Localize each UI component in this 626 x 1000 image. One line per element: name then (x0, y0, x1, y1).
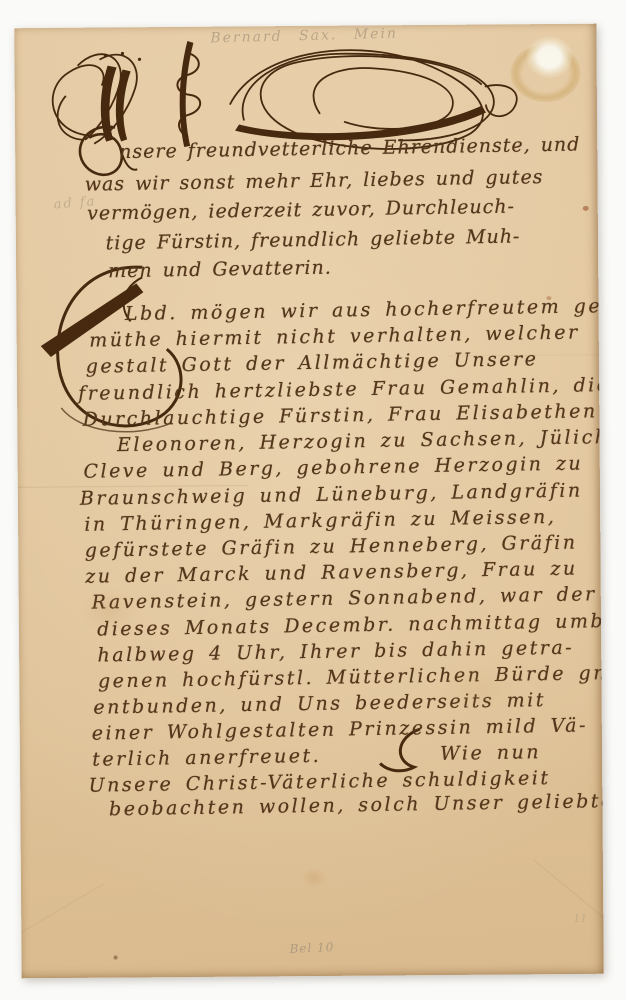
body-paragraph: Lbd. mögen wir aus hocherfreutem ge-müth… (14, 24, 592, 31)
manuscript-line: zu der Marck und Ravensberg, Frau zu (85, 558, 578, 588)
photo-background: Bernard Sax. Mein ad fa Bel 10 11 (0, 0, 626, 1000)
manuscript-line: halbweg 4 Uhr, Ihrer bis dahin getra- (97, 637, 574, 667)
manuscript-line: müthe hiermit nicht verhalten, welcher (89, 321, 580, 351)
manuscript-line: in Thüringen, Markgräfin zu Meissen, (84, 506, 556, 536)
manuscript-line: Lbd. mögen wir aus hocherfreutem ge- (125, 295, 604, 325)
manuscript-line: entbunden, und Uns beederseits mit (93, 689, 546, 719)
manuscript-line: gefürstete Gräfin zu Henneberg, Gräfin (85, 532, 578, 562)
manuscript-line: freundlich hertzliebste Frau Gemahlin, d… (78, 374, 604, 405)
manuscript-line: Eleonoren, Herzogin zu Sachsen, Jülich, (117, 426, 604, 456)
manuscript-line: dieses Monats Decembr. nachmittag umb (97, 610, 604, 640)
handwritten-text-layer: nsere freundvetterliche Ehrendienste, un… (14, 24, 603, 979)
manuscript-line: Braunschweig und Lüneburg, Landgräfin (80, 479, 583, 509)
manuscript-line: Wie nun (440, 741, 541, 765)
greeting-paragraph: nsere freundvetterliche Ehrendienste, un… (14, 24, 592, 31)
manuscript-line: men und Gevatterin. (108, 257, 332, 283)
manuscript-line: nsere freundvetterliche Ehrendienste, un… (119, 133, 581, 163)
manuscript-line: genen hochfürstl. Mütterlichen Bürde gnä… (98, 662, 604, 693)
manuscript-page: Bernard Sax. Mein ad fa Bel 10 11 (14, 24, 603, 979)
manuscript-line: Durchlauchtige Fürstin, Frau Elisabethen (82, 400, 597, 431)
manuscript-line: vermögen, iederzeit zuvor, Durchleuch- (87, 196, 515, 225)
manuscript-line: Ravenstein, gestern Sonnabend, war der 3… (91, 582, 603, 613)
manuscript-line: tige Fürstin, freundlich geliebte Muh- (106, 225, 521, 254)
manuscript-line: terlich anerfreuet. (92, 745, 321, 771)
manuscript-line: einer Wohlgestalten Prinzessin mild Vä- (92, 714, 588, 744)
manuscript-line: gestalt Gott der Allmächtige Unsere (86, 348, 539, 378)
manuscript-line: Cleve und Berg, gebohrene Herzogin zu (83, 452, 583, 482)
manuscript-line: was wir sonst mehr Ehr, liebes und gutes (85, 166, 544, 196)
